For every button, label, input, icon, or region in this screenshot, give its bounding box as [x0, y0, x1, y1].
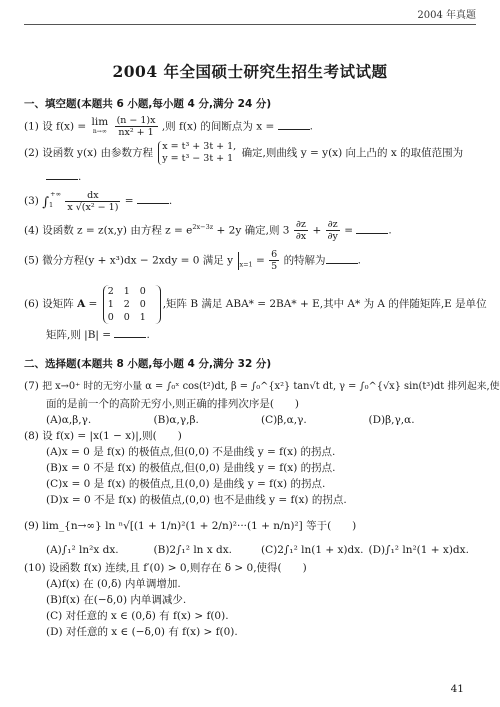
fraction: 65 — [269, 249, 279, 272]
fraction: dxx √(x² − 1) — [65, 190, 120, 213]
option-b[interactable]: (B)x = 0 不是 f(x) 的极值点,但(0,0) 是曲线 y = f(x… — [24, 461, 476, 477]
question-3: (3) ∫1+∞ dxx √(x² − 1) = . — [24, 187, 476, 219]
limit-operator: limn→∞ — [92, 118, 109, 136]
answer-blank[interactable] — [46, 169, 78, 180]
running-header: 2004 年真题 — [417, 6, 476, 21]
exam-content: 一、填空题(本题共 6 小题,每小题 4 分,满分 24 分) (1) 设 f(… — [24, 97, 476, 641]
question-2: (2) 设函数 y(x) 由参数方程 x = t³ + 3t + 1,y = t… — [24, 141, 476, 169]
page-title: 2004 年全国硕士研究生招生考试试题 — [0, 60, 500, 82]
option-c[interactable]: (C)2∫₁² ln(1 + x)dx. — [261, 539, 369, 561]
answer-blank[interactable] — [137, 193, 169, 204]
question-10: (10) 设函数 f(x) 连续,且 f′(0) > 0,则存在 δ > 0,使… — [24, 561, 476, 577]
answer-blank[interactable] — [356, 223, 388, 234]
section-heading-multiple-choice: 二、选择题(本题共 8 小题,每小题 4 分,满分 32 分) — [24, 357, 476, 371]
option-b[interactable]: (B)f(x) 在(−δ,0) 内单调减少. — [24, 593, 476, 609]
answer-blank[interactable] — [114, 327, 146, 338]
section-heading-fill-in: 一、填空题(本题共 6 小题,每小题 4 分,满分 24 分) — [24, 97, 476, 111]
question-5: (5) 微分方程(y + x³)dx − 2xdy = 0 满足 y x=1 =… — [24, 249, 476, 281]
question-2-continued: . — [24, 169, 476, 187]
option-a[interactable]: (A)α,β,γ. — [46, 413, 154, 429]
answer-blank[interactable] — [278, 119, 310, 130]
option-d[interactable]: (D) 对任意的 x ∈ (−δ,0) 有 f(x) > f(0). — [24, 625, 476, 641]
parametric-system: x = t³ + 3t + 1,y = t³ − 3t + 1 — [158, 141, 236, 165]
question-8: (8) 设 f(x) = |x(1 − x)|,则( ) — [24, 429, 476, 445]
option-a[interactable]: (A)x = 0 是 f(x) 的极值点,但(0,0) 不是曲线 y = f(x… — [24, 445, 476, 461]
option-c[interactable]: (C) 对任意的 x ∈ (0,δ) 有 f(x) > f(0). — [24, 609, 476, 625]
matrix-A: 210 120 001 — [103, 285, 161, 324]
option-c[interactable]: (C)x = 0 是 f(x) 的极值点,且(0,0) 是曲线 y = f(x)… — [24, 477, 476, 493]
option-d[interactable]: (D)∫₁² ln²(1 + x)dx. — [369, 539, 477, 561]
option-a[interactable]: (A)f(x) 在 (0,δ) 内单调增加. — [24, 577, 476, 593]
option-b[interactable]: (B)α,γ,β. — [154, 413, 262, 429]
question-7-continued: 面的是前一个的高阶无穷小,则正确的排列次序是( ) — [24, 397, 476, 413]
header-rule — [24, 24, 476, 25]
option-b[interactable]: (B)2∫₁² ln x dx. — [154, 539, 262, 561]
question-7: (7) 把 x→0⁺ 时的无穷小量 α = ∫₀ˣ cos(t²)dt, β =… — [24, 375, 476, 397]
question-1: (1) 设 f(x) = limn→∞ (n − 1)xnx² + 1 ,则 f… — [24, 115, 476, 141]
question-9: (9) lim_{n→∞} ln ⁿ√[(1 + 1/n)²(1 + 2/n)²… — [24, 513, 476, 539]
question-7-options: (A)α,β,γ. (B)α,γ,β. (C)β,α,γ. (D)β,γ,α. — [24, 413, 476, 429]
integral-sign: ∫ — [42, 195, 49, 210]
page-number: 41 — [451, 683, 464, 695]
fraction: (n − 1)xnx² + 1 — [115, 115, 158, 138]
question-number: (1) — [24, 121, 39, 133]
option-a[interactable]: (A)∫₁² ln²x dx. — [46, 539, 154, 561]
option-d[interactable]: (D)x = 0 不是 f(x) 的极值点,(0,0) 也不是曲线 y = f(… — [24, 493, 476, 513]
option-d[interactable]: (D)β,γ,α. — [369, 413, 477, 429]
question-6: (6) 设矩阵 A = 210 120 001 ,矩阵 B 满足 ABA* = … — [24, 281, 476, 327]
question-4: (4) 设函数 z = z(x,y) 由方程 z = e2x−3z + 2y 确… — [24, 219, 476, 249]
option-c[interactable]: (C)β,α,γ. — [261, 413, 369, 429]
partial-derivative: ∂z∂y — [326, 219, 340, 242]
question-9-options: (A)∫₁² ln²x dx. (B)2∫₁² ln x dx. (C)2∫₁²… — [24, 539, 476, 561]
answer-blank[interactable] — [326, 253, 358, 264]
partial-derivative: ∂z∂x — [294, 219, 308, 242]
question-6-continued: 矩阵,则 |B| = . — [24, 327, 476, 357]
